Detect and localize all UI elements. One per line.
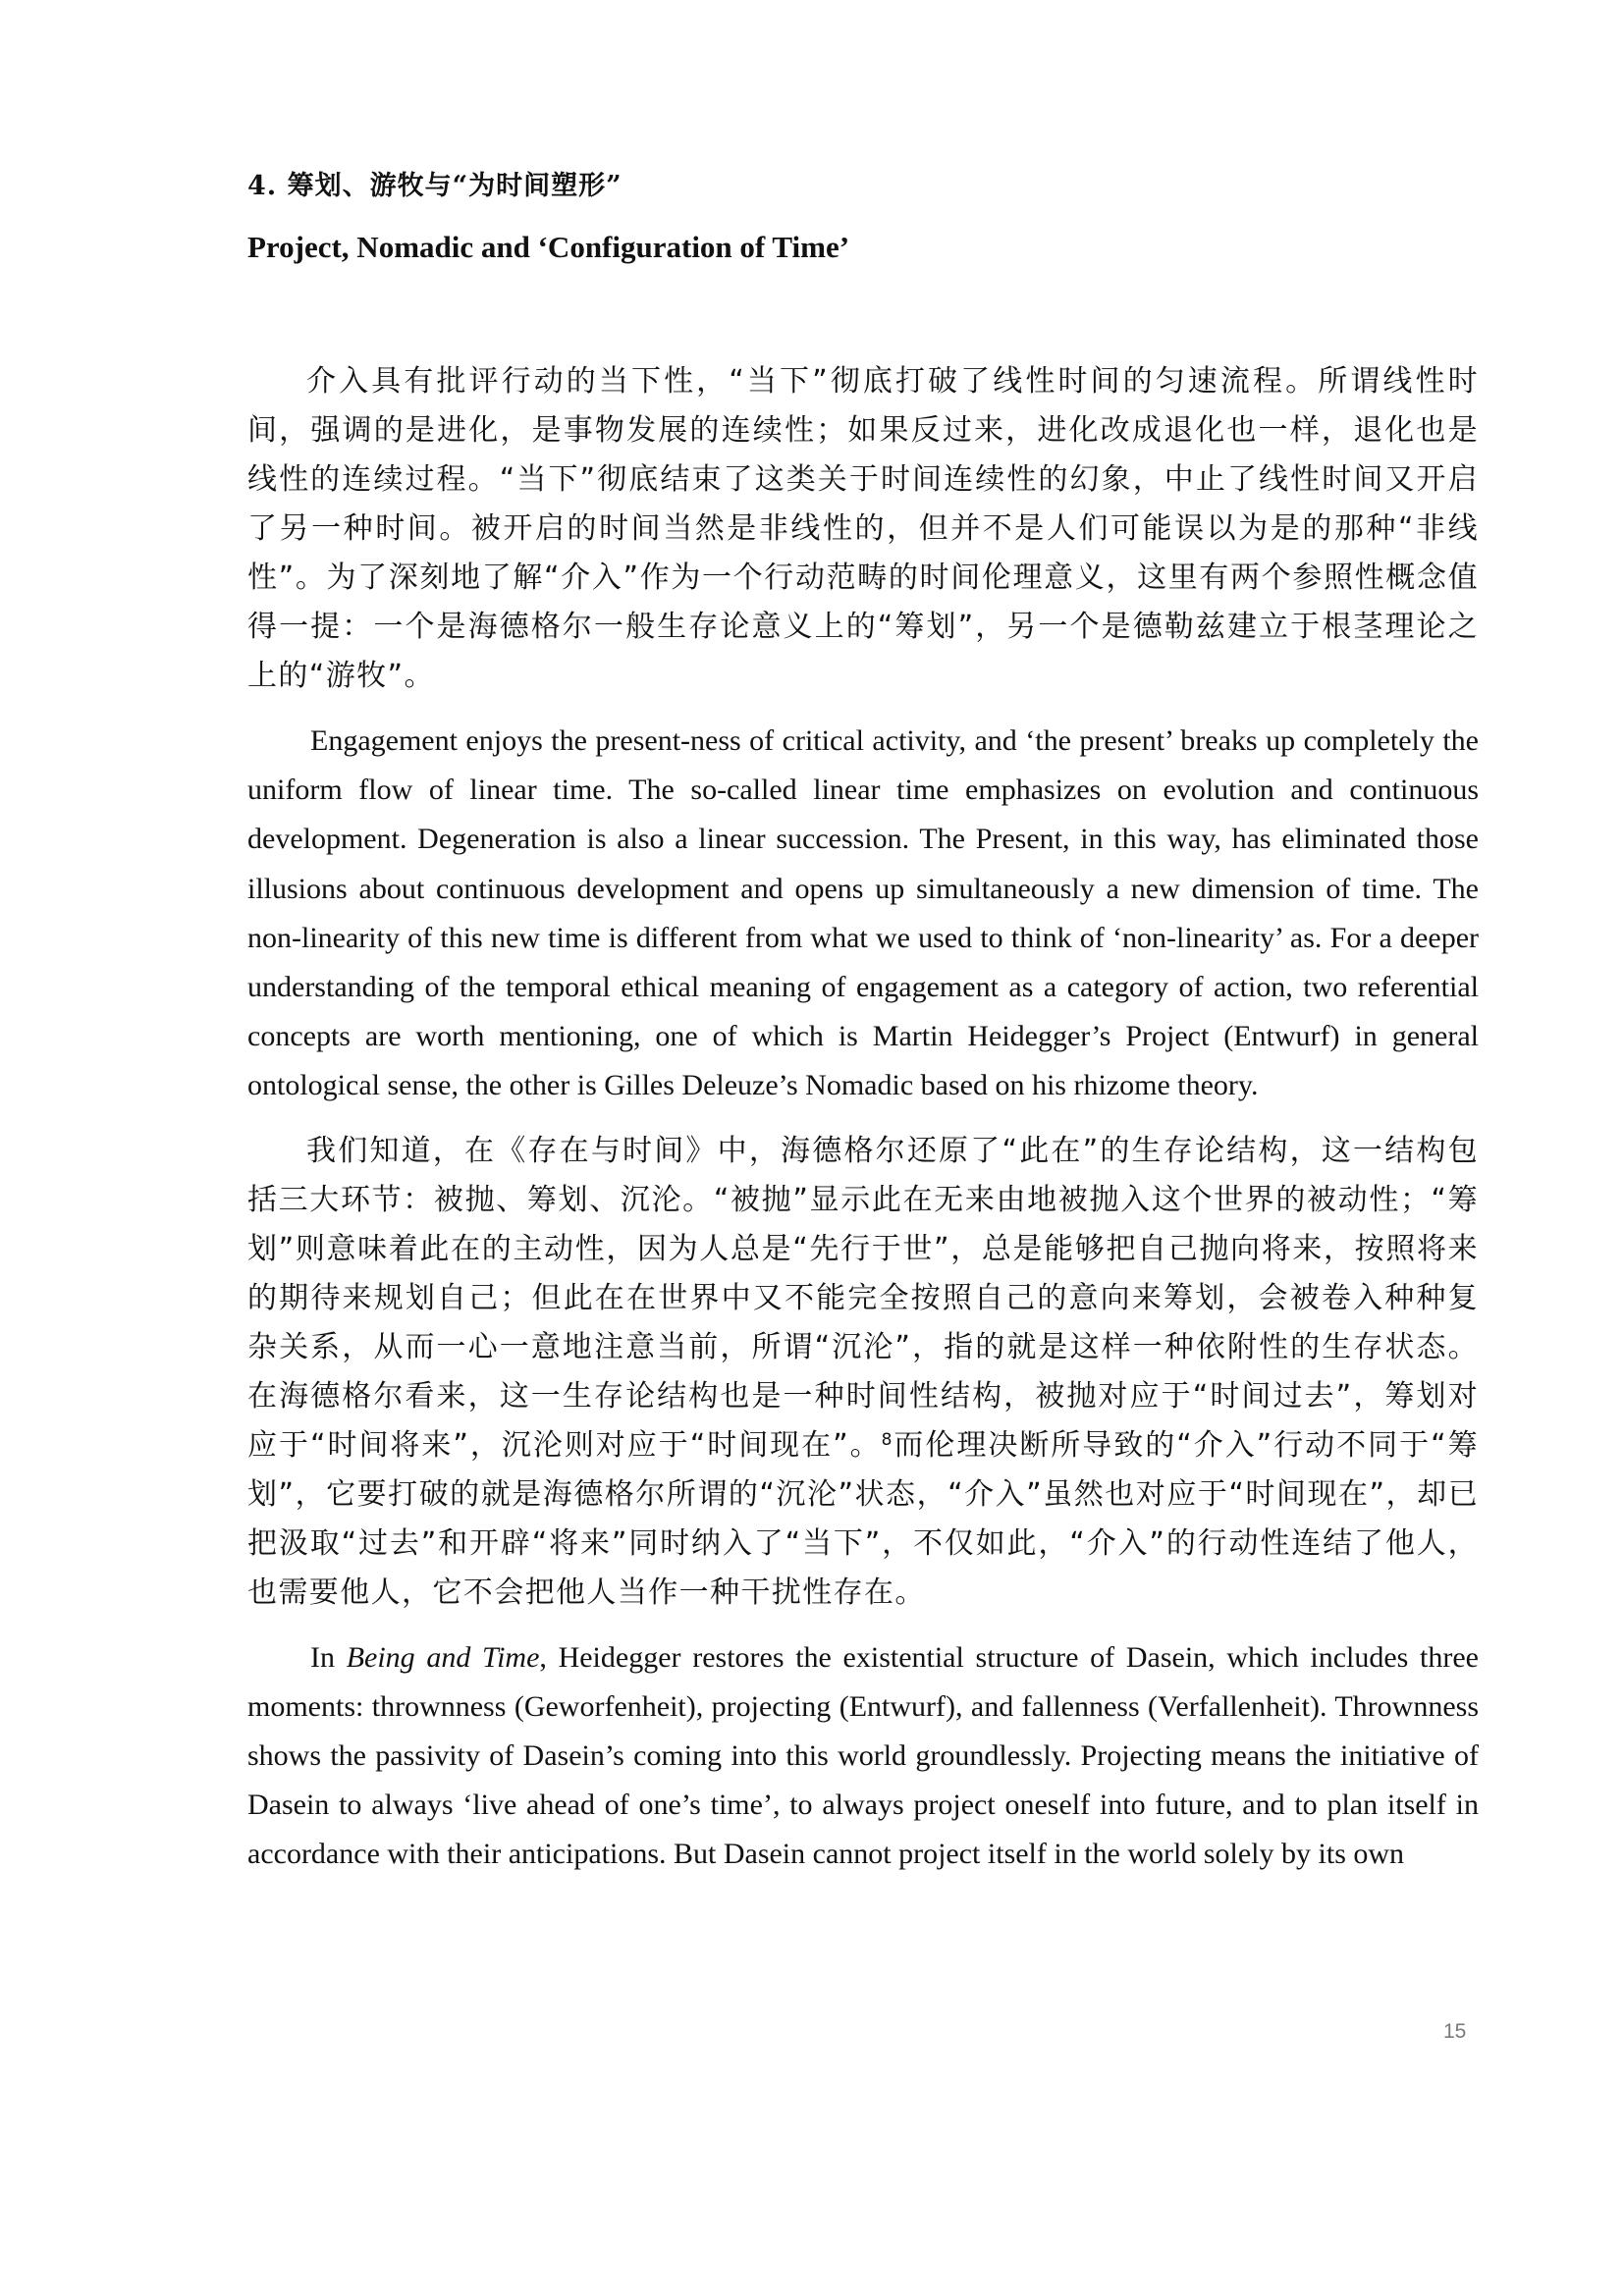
section-heading-english: Project, Nomadic and ‘Configuration of T… [247,228,1479,267]
document-page: 4. 筹划、游牧与“为时间塑形” Project, Nomadic and ‘C… [0,0,1624,2296]
paragraph-english-1: Engagement enjoys the present-ness of cr… [247,717,1479,1111]
page-number: 15 [1443,2020,1466,2044]
footnote-reference[interactable]: 8 [882,1430,893,1450]
paragraph-chinese-2: 我们知道，在《存在与时间》中，海德格尔还原了“此在”的生存论结构，这一结构包括三… [247,1127,1479,1618]
section-heading-chinese: 4. 筹划、游牧与“为时间塑形” [247,167,1479,206]
paragraph-text: In [310,1641,347,1674]
paragraph-text: 我们知道，在《存在与时间》中，海德格尔还原了“此在”的生存论结构，这一结构包括三… [247,1134,1479,1463]
paragraph-english-2: In Being and Time, Heidegger restores th… [247,1633,1479,1880]
paragraph-chinese-1: 介入具有批评行动的当下性，“当下”彻底打破了线性时间的匀速流程。所谓线性时间，强… [247,357,1479,701]
page-content: 4. 筹划、游牧与“为时间塑形” Project, Nomadic and ‘C… [247,167,1479,1880]
book-title-italic: Being and Time [347,1641,540,1674]
paragraph-text: , Heidegger restores the existential str… [247,1641,1479,1871]
